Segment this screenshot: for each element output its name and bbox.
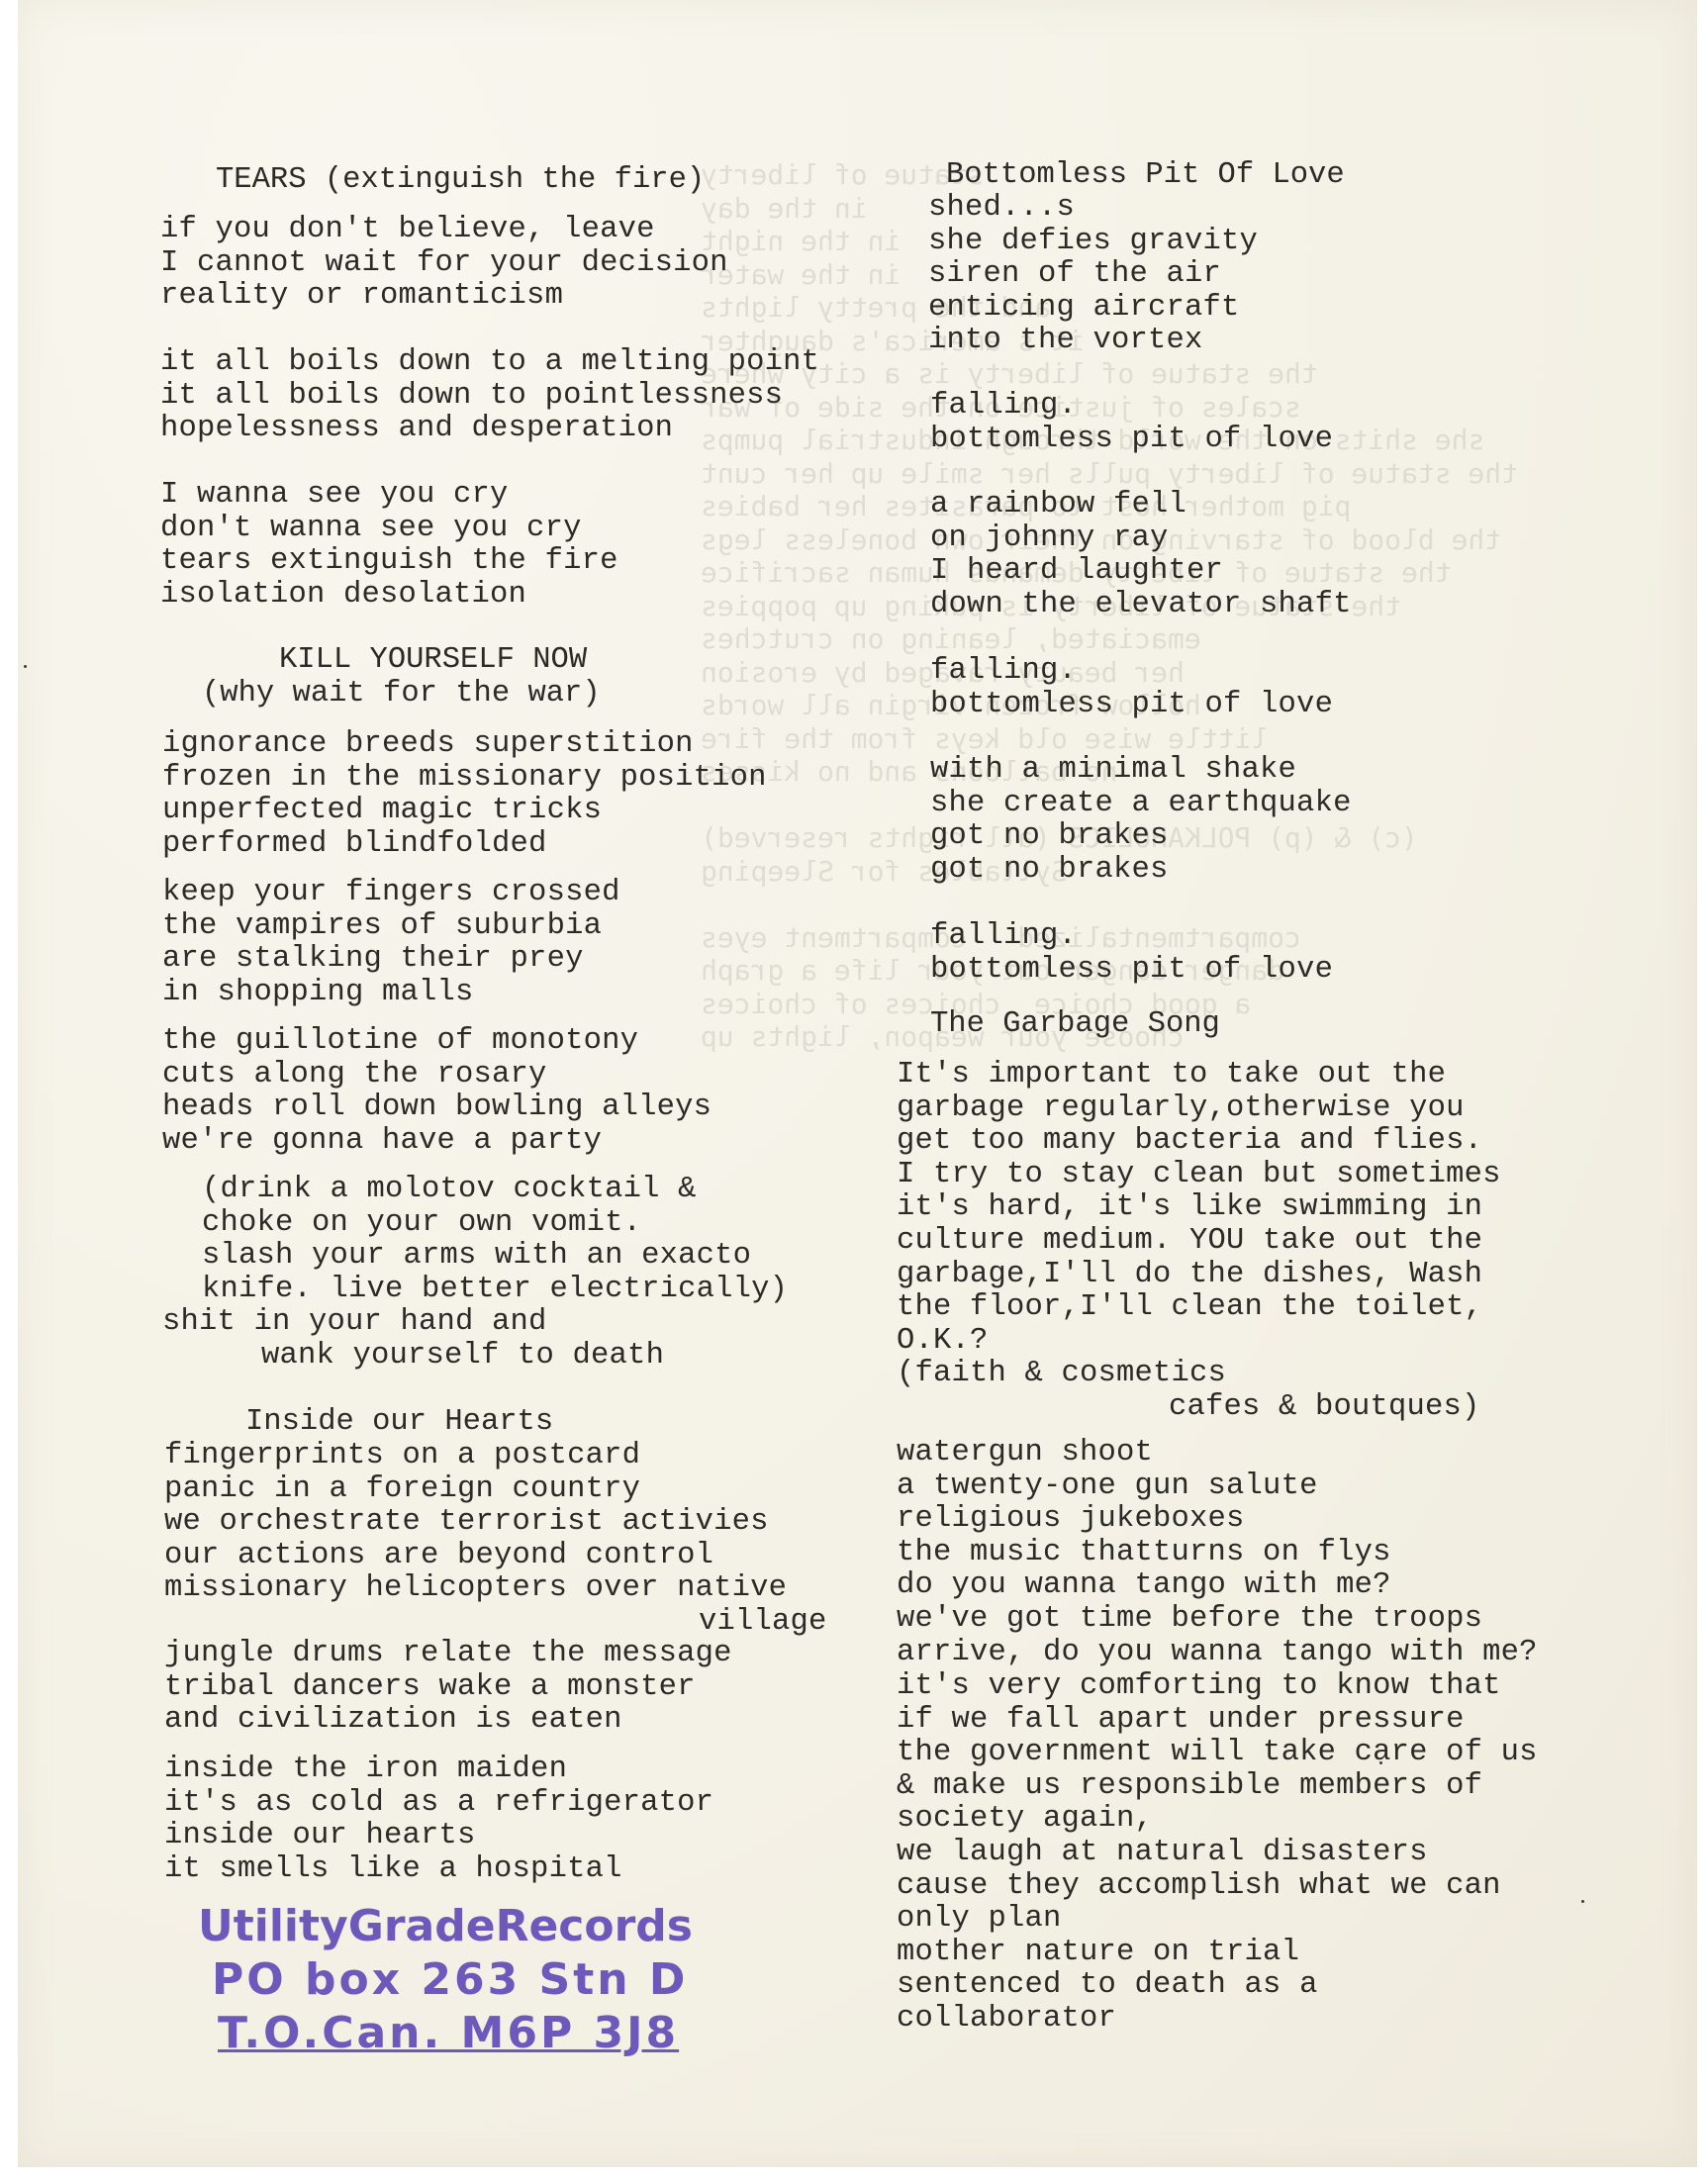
- lyric-line: cafes & boutques): [897, 1391, 1501, 1425]
- stamp-po-box: PO box 263 Stn D: [198, 1953, 693, 2007]
- lyric-line: with a minimal shake: [930, 754, 1352, 788]
- lyric-line: it's hard, it's like swimming in: [897, 1191, 1501, 1225]
- lyric-line: get too many bacteria and flies.: [897, 1125, 1501, 1159]
- kill-stanza-5b: wank yourself to death: [261, 1340, 664, 1374]
- lyric-line: fingerprints on a postcard: [164, 1440, 827, 1473]
- lyric-line: & make us responsible members of: [897, 1770, 1538, 1804]
- lyric-line: do you wanna tango with me?: [897, 1569, 1538, 1603]
- lyric-line: ignorance breeds superstition: [162, 728, 767, 762]
- ghost-line: emaciated, leaning on crutches: [701, 622, 1690, 656]
- lyric-line: isolation desolation: [160, 579, 618, 613]
- tears-stanza-2: it all boils down to a melting pointit a…: [160, 346, 819, 446]
- ghost-line: the statue of liberty pulls her smile up…: [701, 457, 1690, 491]
- garbage-stanza-1: It's important to take out thegarbage re…: [897, 1059, 1501, 1425]
- tears-title: TEARS (extinguish the fire): [216, 163, 705, 197]
- lyric-line: got no brakes: [930, 854, 1352, 888]
- lyric-line: falling.: [930, 655, 1333, 689]
- lyric-line: religious jukeboxes: [897, 1503, 1538, 1537]
- lyric-line: slash your arms with an exacto: [202, 1240, 788, 1274]
- record-label-stamp: UtilityGradeRecords PO box 263 Stn D T.O…: [198, 1900, 693, 2060]
- lyric-line: the floor,I'll clean the toilet,: [897, 1291, 1501, 1325]
- ink-speck: [1581, 1900, 1584, 1903]
- lyric-line: she defies gravity: [928, 226, 1258, 259]
- lyric-line: keep your fingers crossed: [162, 877, 620, 910]
- lyric-line: inside our hearts: [164, 1820, 713, 1853]
- lyric-line: we've got time before the troops: [897, 1603, 1538, 1637]
- lyric-line: panic in a foreign country: [164, 1473, 827, 1507]
- lyric-line: I wanna see you cry: [160, 479, 618, 513]
- lyric-line: heads roll down bowling alleys: [162, 1091, 712, 1125]
- lyric-line: are stalking their prey: [162, 943, 620, 977]
- lyric-line: and civilization is eaten: [164, 1704, 732, 1738]
- lyric-line: unperfected magic tricks: [162, 795, 767, 828]
- ink-speck: [24, 665, 27, 668]
- lyric-line: it's very comforting to know that: [897, 1670, 1538, 1704]
- lyric-line: it all boils down to a melting point: [160, 346, 819, 380]
- garbage-song-title: The Garbage Song: [930, 1007, 1220, 1041]
- bpol-stanza-4: falling.bottomless pit of love: [930, 655, 1333, 721]
- lyric-line: the government will take care of us: [897, 1737, 1538, 1770]
- lyric-line: bottomless pit of love: [930, 954, 1333, 988]
- lyric-line: got no brakes: [930, 820, 1352, 854]
- lyric-line: knife. live better electrically): [202, 1274, 788, 1307]
- hearts-stanza-3: inside the iron maidenit's as cold as a …: [164, 1754, 713, 1886]
- lyric-line: a twenty-one gun salute: [897, 1470, 1538, 1504]
- lyric-line: siren of the air: [928, 258, 1258, 292]
- lyric-line: she create a earthquake: [930, 788, 1352, 821]
- lyric-line: watergun shoot: [897, 1437, 1538, 1470]
- kill-stanza-3: the guillotine of monotonycuts along the…: [162, 1025, 712, 1158]
- bottomless-pit-title: Bottomless Pit Of Love: [946, 158, 1345, 192]
- lyric-line: don't wanna see you cry: [160, 513, 618, 546]
- ghost-line: the statue of liberty is a city where: [701, 357, 1690, 391]
- inside-our-hearts-title: Inside our Hearts: [245, 1405, 553, 1439]
- lyric-line: (drink a molotov cocktail &: [202, 1174, 788, 1207]
- lyric-line: we orchestrate terrorist activies: [164, 1506, 827, 1540]
- lyric-line: our actions are beyond control: [164, 1540, 827, 1573]
- stamp-label-name: UtilityGradeRecords: [198, 1900, 693, 1953]
- bpol-stanza-3: a rainbow fellon johnny rayI heard laugh…: [930, 489, 1352, 621]
- hearts-stanza-2: jungle drums relate the messagetribal da…: [164, 1638, 732, 1738]
- lyric-line: cuts along the rosary: [162, 1059, 712, 1092]
- lyric-line: garbage regularly,otherwise you: [897, 1092, 1501, 1126]
- lyric-line: missionary helicopters over native: [164, 1572, 827, 1606]
- lyric-line: I try to stay clean but sometimes: [897, 1159, 1501, 1192]
- hearts-stanza-1: fingerprints on a postcardpanic in a for…: [164, 1440, 827, 1640]
- lyric-line: it smells like a hospital: [164, 1853, 713, 1887]
- lyric-line: I heard laughter: [930, 555, 1352, 589]
- bpol-stanza-1: shed...sshe defies gravitysiren of the a…: [928, 192, 1258, 358]
- bpol-stanza-5: with a minimal shakeshe create a earthqu…: [930, 754, 1352, 887]
- lyric-line: collaborator: [897, 2003, 1538, 2037]
- lyric-line: if we fall apart under pressure: [897, 1704, 1538, 1738]
- lyric-line: garbage,I'll do the dishes, Wash: [897, 1259, 1501, 1292]
- lyric-line: frozen in the missionary position: [162, 762, 767, 796]
- lyric-line: tribal dancers wake a monster: [164, 1671, 732, 1705]
- lyric-line: enticing aircraft: [928, 292, 1258, 326]
- kill-yourself-subtitle: (why wait for the war): [202, 677, 601, 711]
- lyric-line: in shopping malls: [162, 977, 620, 1010]
- lyric-line: on johnny ray: [930, 522, 1352, 556]
- kill-stanza-1: ignorance breeds superstitionfrozen in t…: [162, 728, 767, 861]
- lyric-line: the vampires of suburbia: [162, 910, 620, 944]
- ghost-line: [701, 888, 1690, 921]
- lyric-line: mother nature on trial: [897, 1937, 1538, 1970]
- lyric-line: we laugh at natural disasters: [897, 1837, 1538, 1870]
- lyric-line: a rainbow fell: [930, 489, 1352, 522]
- lyric-line: bottomless pit of love: [930, 424, 1333, 457]
- lyric-line: it all boils down to pointlessness: [160, 380, 819, 414]
- lyric-line: it's as cold as a refrigerator: [164, 1787, 713, 1821]
- kill-yourself-title: KILL YOURSELF NOW: [279, 643, 587, 677]
- lyric-line: village: [164, 1606, 827, 1640]
- lyric-line: I cannot wait for your decision: [160, 247, 728, 281]
- lyric-line: falling.: [930, 390, 1333, 424]
- lyric-line: hopelessness and desperation: [160, 413, 819, 446]
- lyric-line: if you don't believe, leave: [160, 214, 728, 247]
- lyric-line: bottomless pit of love: [930, 689, 1333, 722]
- lyric-line: tears extinguish the fire: [160, 545, 618, 579]
- lyric-line: performed blindfolded: [162, 828, 767, 862]
- paper-sheet: statue of libertyin the dayin the nighti…: [18, 0, 1697, 2167]
- tears-stanza-1: if you don't believe, leaveI cannot wait…: [160, 214, 728, 314]
- lyric-line: sentenced to death as a: [897, 1969, 1538, 2003]
- lyric-line: only plan: [897, 1903, 1538, 1937]
- bpol-stanza-6: falling.bottomless pit of love: [930, 920, 1333, 987]
- lyric-line: It's important to take out the: [897, 1059, 1501, 1092]
- lyric-line: falling.: [930, 920, 1333, 954]
- bpol-stanza-2: falling.bottomless pit of love: [930, 390, 1333, 456]
- lyric-line: culture medium. YOU take out the: [897, 1225, 1501, 1259]
- lyric-line: down the elevator shaft: [930, 589, 1352, 622]
- lyric-line: O.K.?: [897, 1325, 1501, 1359]
- lyric-line: reality or romanticism: [160, 280, 728, 314]
- stamp-postal-code: T.O.Can. M6P 3J8: [198, 2007, 693, 2060]
- lyric-line: (faith & cosmetics: [897, 1358, 1501, 1391]
- lyric-line: into the vortex: [928, 325, 1258, 358]
- tears-stanza-3: I wanna see you crydon't wanna see you c…: [160, 479, 618, 612]
- lyric-line: the guillotine of monotony: [162, 1025, 712, 1059]
- lyric-line: the music thatturns on flys: [897, 1537, 1538, 1570]
- lyric-line: cause they accomplish what we can: [897, 1870, 1538, 1904]
- lyric-line: choke on your own vomit.: [202, 1207, 788, 1241]
- kill-stanza-5a: shit in your hand and: [162, 1306, 547, 1340]
- garbage-stanza-2: watergun shoota twenty-one gun saluterel…: [897, 1437, 1538, 1669]
- ink-speck: [1379, 1761, 1382, 1764]
- lyric-line: society again,: [897, 1803, 1538, 1837]
- lyric-line: arrive, do you wanna tango with me?: [897, 1637, 1538, 1670]
- garbage-stanza-3: it's very comforting to know thatif we f…: [897, 1670, 1538, 2037]
- kill-stanza-4: (drink a molotov cocktail &choke on your…: [202, 1174, 788, 1306]
- ghost-line: little wise old keys from the fire: [701, 722, 1690, 756]
- lyric-line: inside the iron maiden: [164, 1754, 713, 1787]
- lyric-line: we're gonna have a party: [162, 1125, 712, 1159]
- lyric-line: shed...s: [928, 192, 1258, 226]
- kill-stanza-2: keep your fingers crossedthe vampires of…: [162, 877, 620, 1009]
- lyric-line: jungle drums relate the message: [164, 1638, 732, 1671]
